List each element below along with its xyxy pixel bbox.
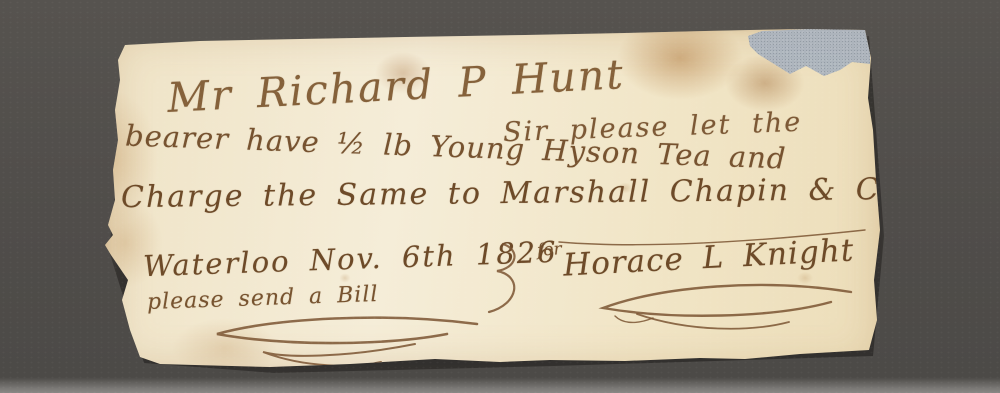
dateline: Waterloo Nov. 6th 1826 [143,235,559,283]
bottom-swirl-flourish [205,310,495,392]
document-paper: Mr Richard P Hunt Sir please let the bea… [105,28,885,373]
signature-flourish [593,278,868,350]
for-label: for [536,239,562,261]
postscript-line: please send a Bill [147,282,379,315]
charge-line: Charge the Same to Marshall Chapin & Co [121,172,901,215]
photo-background: Mr Richard P Hunt Sir please let the bea… [0,0,1000,393]
salutation-line: Mr Richard P Hunt [166,50,626,122]
tape-fragment [748,28,870,78]
signature: Horace L Knight [562,232,855,283]
